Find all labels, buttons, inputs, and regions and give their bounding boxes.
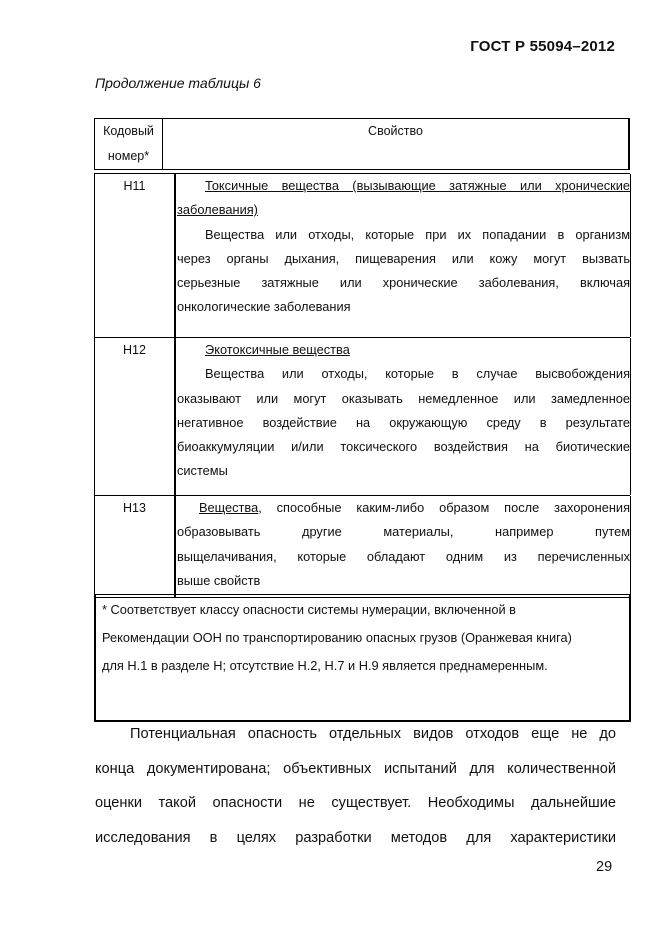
table-row: H13 Вещества, способные каким-либо образ…	[94, 496, 630, 598]
row-body-line: оказывают или могут оказывать немедленно…	[177, 387, 630, 411]
table-row: H11 Токсичные вещества (вызывающие затяж…	[94, 174, 630, 338]
row-body-line: выше свойств	[177, 569, 630, 593]
row-title-line: Токсичные вещества (вызывающие затяжные …	[205, 178, 630, 193]
row-title: Токсичные вещества (вызывающие затяжные …	[177, 174, 630, 198]
column-header-code-line2: номер*	[95, 144, 162, 169]
row-code: H12	[94, 338, 176, 495]
document-code: ГОСТ Р 55094–2012	[470, 38, 615, 55]
row-body-line: серьезные затяжные или хронические забол…	[177, 271, 630, 295]
row-description: Токсичные вещества (вызывающие затяжные …	[176, 174, 631, 337]
column-header-code-line1: Кодовый	[95, 119, 162, 144]
footnote-line: Рекомендации ООН по транспортированию оп…	[102, 624, 629, 652]
row-code: H11	[94, 174, 176, 337]
row-code: H13	[94, 496, 176, 597]
row-description: Вещества, способные каким-либо образом п…	[176, 496, 631, 597]
paragraph-line: Потенциальная опасность отдельных видов …	[95, 717, 616, 752]
row-title-cont: заболевания)	[177, 198, 630, 222]
footnote-line: для H.1 в разделе H; отсутствие H.2, H.7…	[102, 652, 629, 680]
table-caption: Продолжение таблицы 6	[95, 75, 261, 91]
row-body-line: системы	[177, 459, 630, 483]
row-title: Экотоксичные вещества	[177, 338, 630, 362]
table-row: H12 Экотоксичные вещества Вещества или о…	[94, 338, 630, 496]
row-title-suffix: , способные каким-либо образом после зах…	[258, 500, 630, 515]
row-body-line: образовывать другие материалы, например …	[177, 520, 630, 544]
column-header-code: Кодовый номер*	[95, 119, 163, 169]
row-title-text: Экотоксичные вещества	[205, 342, 350, 357]
footnote-line: * Соответствует классу опасности системы…	[102, 596, 629, 624]
paragraph-line: конца документирована; объективных испыт…	[95, 752, 616, 787]
table-footnote: * Соответствует классу опасности системы…	[94, 594, 631, 722]
table-body: H11 Токсичные вещества (вызывающие затяж…	[94, 173, 630, 598]
row-body-line: Вещества или отходы, которые в случае вы…	[177, 362, 630, 386]
paragraph-line: исследования в целях разработки методов …	[95, 821, 616, 856]
table-header: Кодовый номер* Свойство	[94, 118, 630, 170]
row-body-line: онкологические заболевания	[177, 295, 630, 319]
row-body-line: биоаккумуляции и/или токсического воздей…	[177, 435, 630, 459]
row-body-line: выщелачивания, которые обладают одним из…	[177, 545, 630, 569]
row-body-line: Вещества или отходы, которые при их попа…	[177, 223, 630, 247]
row-body-line: негативное воздействие на окружающую сре…	[177, 411, 630, 435]
page-number: 29	[596, 859, 612, 875]
body-paragraph: Потенциальная опасность отдельных видов …	[95, 717, 616, 855]
column-header-property: Свойство	[163, 119, 628, 169]
row-body-line: через органы дыхания, пищеварения или ко…	[177, 247, 630, 271]
paragraph-line: оценки такой опасности не существует. Не…	[95, 786, 616, 821]
row-title-text: Вещества	[199, 500, 258, 515]
row-title-line: заболевания)	[177, 202, 258, 217]
row-title: Вещества, способные каким-либо образом п…	[177, 496, 630, 520]
row-description: Экотоксичные вещества Вещества или отход…	[176, 338, 631, 495]
